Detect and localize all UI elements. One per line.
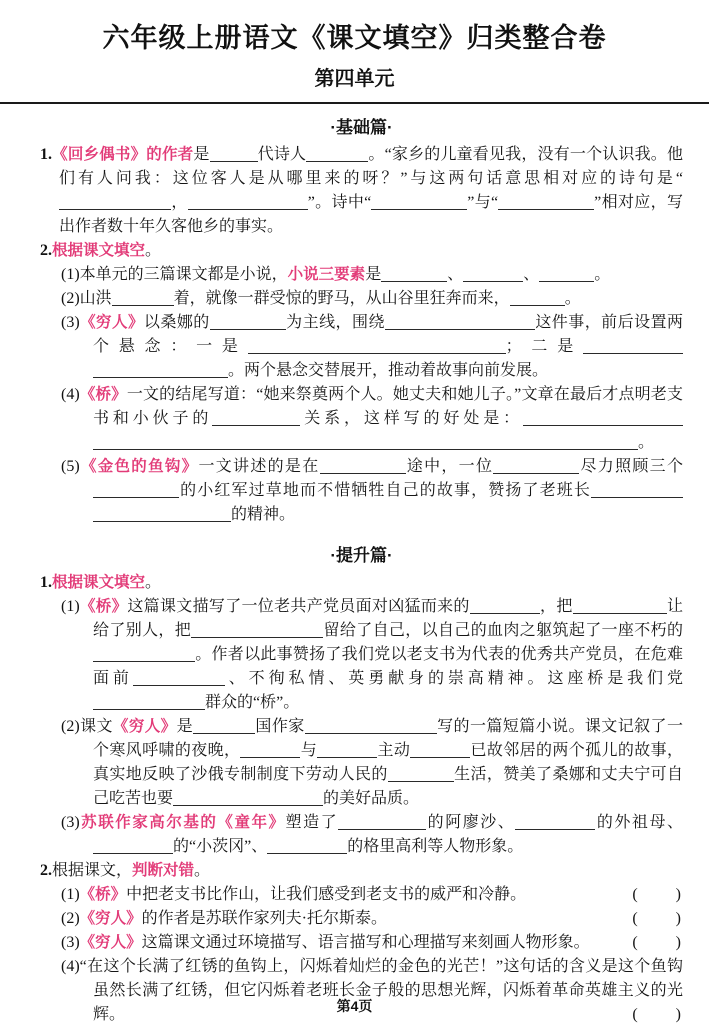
- answer-blank: [388, 765, 454, 782]
- section-header: ·提升篇·: [40, 541, 683, 566]
- text-run: 与: [300, 742, 317, 759]
- answer-blank: [93, 505, 231, 522]
- text-run: 。: [565, 290, 581, 307]
- answer-blank: [93, 361, 228, 378]
- answer-blank: [173, 789, 323, 806]
- question: 1.《回乡偶书》的作者是代诗人。“家乡的儿童看见我，没有一个认识我。他们有人问我…: [40, 143, 683, 239]
- item-number: 1.: [40, 574, 52, 591]
- text-run: 本单元的三篇课文都是小说，: [80, 266, 288, 283]
- text-run: 留给了自己，以自己的血肉之躯筑起了一座不朽的: [323, 622, 683, 639]
- item-number: (5): [61, 458, 80, 475]
- text-run: 代诗人: [258, 146, 307, 163]
- answer-blank: [317, 741, 377, 758]
- highlight-text: 根据课文填空: [52, 574, 145, 591]
- sub-question: (1)《桥》中把老支书比作山，让我们感受到老支书的威严和冷静。( ): [61, 883, 683, 907]
- judgment-brackets: ( ): [664, 907, 683, 931]
- text-run: 一文讲述的是在: [198, 458, 319, 475]
- text-run: 的精神。: [231, 506, 295, 523]
- text-run: ；二是: [506, 338, 583, 355]
- text-run: 山洪: [80, 290, 112, 307]
- answer-blank: [93, 433, 638, 450]
- answer-blank: [210, 145, 258, 162]
- text-run: 的格里高利等人物形象。: [347, 838, 523, 855]
- text-run: 的阿廖沙、: [426, 814, 515, 831]
- text-run: 的“小茨冈”、: [173, 838, 267, 855]
- highlight-text: 《穷人》: [113, 718, 177, 735]
- answer-blank: [498, 193, 594, 210]
- text-run: 、不徇私情、英勇献身的崇高精神。这座桥是我们党: [225, 670, 683, 687]
- text-run: 途中，一位: [406, 458, 494, 475]
- highlight-text: 苏联作家高尔基的《童年》: [80, 814, 286, 831]
- text-run: 。: [638, 434, 654, 451]
- highlight-text: 《穷人》: [80, 910, 142, 927]
- sub-question: (5)《金色的鱼钩》一文讲述的是在途中，一位尽力照顾三个的小红军过草地而不惜牺牲…: [61, 455, 683, 527]
- sub-question: (4)《桥》一文的结尾写道：“她来祭奠两个人。她丈夫和她儿子。”文章在最后才点明…: [61, 383, 683, 455]
- header-divider: [0, 102, 709, 104]
- text-run: ”与“: [467, 194, 498, 211]
- text-run: 这篇课文描写了一位老共产党员面对凶猛而来的: [127, 598, 469, 615]
- answer-blank: [305, 717, 437, 734]
- item-number: (2): [61, 718, 80, 735]
- highlight-text: 《穷人》: [80, 934, 142, 951]
- answer-blank: [59, 193, 171, 210]
- answer-blank: [112, 289, 174, 306]
- text-run: 是: [177, 718, 193, 735]
- text-run: ，: [171, 194, 188, 211]
- text-run: 根据课文，: [52, 862, 132, 879]
- answer-blank: [212, 409, 300, 426]
- item-number: (3): [61, 814, 80, 831]
- item-number: (3): [61, 934, 80, 951]
- sub-question: (3)《穷人》这篇课文通过环境描写、语言描写和心理描写来刻画人物形象。( ): [61, 931, 683, 955]
- item-number: 2.: [40, 242, 52, 259]
- text-run: 的外祖母、: [595, 814, 683, 831]
- item-number: (4): [61, 386, 80, 403]
- sub-question: (1)本单元的三篇课文都是小说，小说三要素是、、。: [61, 263, 683, 287]
- answer-blank: [93, 481, 179, 498]
- highlight-text: 小说三要素: [288, 266, 366, 283]
- text-run: 的作者是苏联作家列夫·托尔斯泰。: [142, 910, 387, 927]
- answer-blank: [410, 741, 470, 758]
- answer-blank: [539, 265, 594, 282]
- text-run: 课文: [80, 718, 113, 735]
- section: ·提升篇·1.根据课文填空。(1)《桥》这篇课文描写了一位老共产党员面对凶猛而来…: [40, 541, 683, 1024]
- section: ·基础篇·1.《回乡偶书》的作者是代诗人。“家乡的儿童看见我，没有一个认识我。他…: [40, 113, 683, 527]
- text-run: 是: [193, 146, 209, 163]
- text-run: 的小红军过草地而不惜牺牲自己的故事，赞扬了老班长: [179, 482, 591, 499]
- text-run: 为主线，围绕: [286, 314, 385, 331]
- highlight-text: 《桥》: [80, 598, 128, 615]
- section-header: ·基础篇·: [40, 113, 683, 138]
- item-number: (1): [61, 598, 80, 615]
- text-run: 中把老支书比作山，让我们感受到老支书的威严和冷静。: [126, 886, 526, 903]
- answer-blank: [210, 313, 286, 330]
- answer-blank: [591, 481, 683, 498]
- item-number: (3): [61, 314, 80, 331]
- text-run: ”。诗中“: [308, 194, 372, 211]
- answer-blank: [193, 717, 255, 734]
- text-run: 国作家: [255, 718, 305, 735]
- answer-blank: [320, 457, 406, 474]
- worksheet-body: ·基础篇·1.《回乡偶书》的作者是代诗人。“家乡的儿童看见我，没有一个认识我。他…: [0, 113, 709, 1024]
- sub-question: (3)《穷人》以桑娜的为主线，围绕这件事，前后设置两个悬念：一是；二是。两个悬念…: [61, 311, 683, 383]
- text-run: 尽力照顾三个: [579, 458, 683, 475]
- item-number: 1.: [40, 146, 52, 163]
- sub-question: (2)课文《穷人》是国作家写的一篇短篇小说。课文记叙了一个寒风呼啸的夜晚，与主动…: [61, 715, 683, 811]
- text-run: 。: [594, 266, 610, 283]
- sub-question: (2)《穷人》的作者是苏联作家列夫·托尔斯泰。( ): [61, 907, 683, 931]
- text-run: 。: [194, 862, 210, 879]
- item-number: 2.: [40, 862, 52, 879]
- answer-blank: [93, 837, 173, 854]
- highlight-text: 《金色的鱼钩》: [80, 458, 199, 475]
- answer-blank: [191, 621, 323, 638]
- answer-blank: [515, 813, 595, 830]
- answer-blank: [493, 457, 579, 474]
- sub-question: (3)苏联作家高尔基的《童年》塑造了的阿廖沙、的外祖母、的“小茨冈”、的格里高利…: [61, 811, 683, 859]
- text-run: 、: [523, 266, 539, 283]
- text-run: 。两个悬念交替展开，推动着故事向前发展。: [228, 362, 548, 379]
- text-run: 关系，这样写的好处是：: [300, 410, 523, 427]
- answer-blank: [93, 693, 205, 710]
- text-run: 主动: [377, 742, 410, 759]
- highlight-text: 根据课文填空: [52, 242, 145, 259]
- answer-blank: [188, 193, 308, 210]
- highlight-text: 《穷人》: [80, 314, 144, 331]
- highlight-text: 《桥》: [80, 886, 127, 903]
- answer-blank: [381, 265, 447, 282]
- answer-blank: [463, 265, 523, 282]
- text-run: 。: [145, 574, 161, 591]
- answer-blank: [371, 193, 467, 210]
- item-number: (1): [61, 266, 80, 283]
- answer-blank: [267, 837, 347, 854]
- text-run: ，把: [540, 598, 573, 615]
- answer-blank: [523, 409, 683, 426]
- answer-blank: [93, 645, 195, 662]
- text-run: 着，就像一群受惊的野马，从山谷里狂奔而来，: [174, 290, 510, 307]
- page-number: 第4页: [0, 996, 709, 1016]
- page-title: 六年级上册语文《课文填空》归类整合卷: [0, 0, 709, 55]
- judgment-brackets: ( ): [664, 931, 683, 955]
- item-number: (4): [61, 958, 80, 975]
- answer-blank: [338, 813, 426, 830]
- worksheet-page: 六年级上册语文《课文填空》归类整合卷 第四单元 ·基础篇·1.《回乡偶书》的作者…: [0, 0, 709, 1024]
- item-number: (2): [61, 910, 80, 927]
- answer-blank: [240, 741, 300, 758]
- highlight-text: 判断对错: [132, 862, 194, 879]
- text-run: 是: [365, 266, 381, 283]
- text-run: 的美好品质。: [323, 790, 419, 807]
- sub-question: (1)《桥》这篇课文描写了一位老共产党员面对凶猛而来的，把让给了别人，把留给了自…: [61, 595, 683, 715]
- answer-blank: [583, 337, 683, 354]
- item-number: (1): [61, 886, 80, 903]
- text-run: 。: [145, 242, 161, 259]
- text-run: 群众的“桥”。: [205, 694, 299, 711]
- question: 2.根据课文填空。: [40, 239, 683, 263]
- text-run: 塑造了: [286, 814, 339, 831]
- answer-blank: [306, 145, 368, 162]
- sub-question: (2)山洪着，就像一群受惊的野马，从山谷里狂奔而来，。: [61, 287, 683, 311]
- question: 1.根据课文填空。: [40, 571, 683, 595]
- highlight-text: 《回乡偶书》的作者: [52, 146, 193, 163]
- answer-blank: [470, 597, 540, 614]
- judgment-brackets: ( ): [664, 883, 683, 907]
- text-run: 这篇课文通过环境描写、语言描写和心理描写来刻画人物形象。: [142, 934, 590, 951]
- text-run: 、: [447, 266, 463, 283]
- text-run: 以桑娜的: [144, 314, 210, 331]
- question: 2.根据课文，判断对错。: [40, 859, 683, 883]
- unit-subtitle: 第四单元: [0, 62, 709, 91]
- highlight-text: 《桥》: [80, 386, 127, 403]
- item-number: (2): [61, 290, 80, 307]
- answer-blank: [573, 597, 667, 614]
- answer-blank: [510, 289, 565, 306]
- answer-blank: [385, 313, 535, 330]
- answer-blank: [248, 337, 506, 354]
- answer-blank: [133, 669, 225, 686]
